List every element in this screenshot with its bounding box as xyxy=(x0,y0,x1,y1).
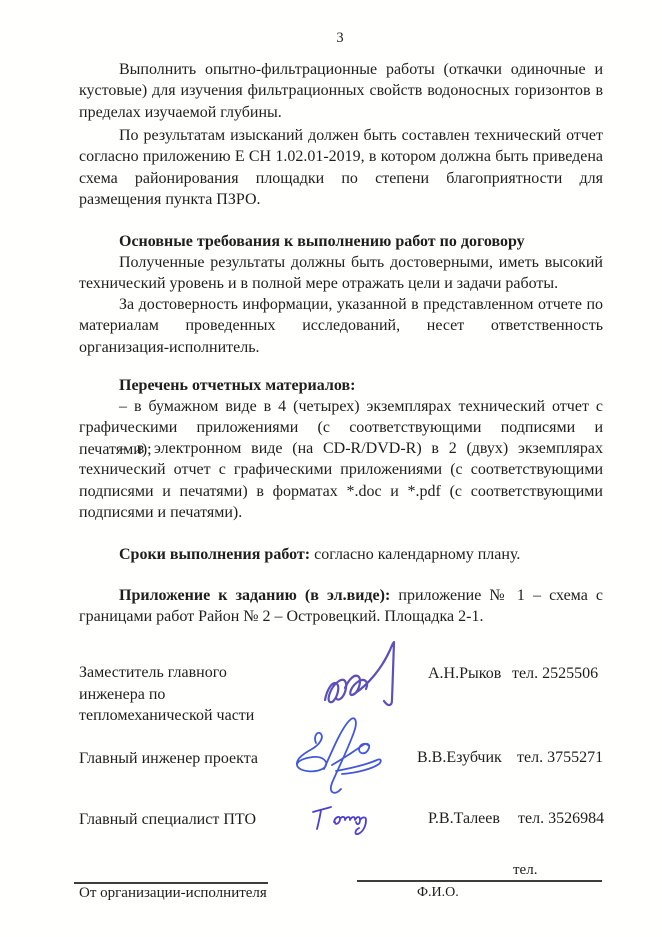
executor-signature-line xyxy=(74,882,268,884)
paragraph-results-quality: Полученные результаты должны быть достов… xyxy=(79,252,603,295)
handwritten-signature-taleev-icon xyxy=(306,801,376,839)
paragraph-technical-report: По результатам изысканий должен быть сос… xyxy=(79,125,603,210)
footer-executor-caption: От организации-исполнителя xyxy=(79,885,267,902)
position-title-deputy-chief-engineer: Заместитель главного инженера по тепломе… xyxy=(79,662,254,727)
paragraph-pumping-works: Выполнить опытно-фильтрационные работы (… xyxy=(79,59,603,123)
signee-phone-taleev: тел. 3526984 xyxy=(518,810,604,828)
attachment-line: Приложение к заданию (в эл.виде): прилож… xyxy=(79,585,603,628)
signee-name-ezubchik: В.В.Езубчик xyxy=(417,749,502,767)
footer-phone-label: тел. xyxy=(513,862,537,879)
signee-name-rykov: А.Н.Рыков xyxy=(428,665,501,683)
terms-label: Сроки выполнения работ: xyxy=(119,546,310,563)
footer-fio-caption: Ф.И.О. xyxy=(417,885,459,901)
handwritten-signature-rykov-icon xyxy=(318,634,406,718)
document-page: 3 Выполнить опытно-фильтрационные работы… xyxy=(0,0,662,937)
position-title-chief-project-engineer: Главный инженер проекта xyxy=(79,748,258,770)
page-number: 3 xyxy=(0,30,662,47)
attachment-label: Приложение к заданию (в эл.виде): xyxy=(119,587,390,604)
terms-text: согласно календарному плану. xyxy=(314,546,520,563)
position-title-chief-specialist-pto: Главный специалист ПТО xyxy=(79,809,256,831)
fio-signature-line xyxy=(357,880,602,882)
signee-phone-rykov: тел. 2525506 xyxy=(512,665,598,683)
signee-phone-ezubchik: тел. 3755271 xyxy=(517,749,603,767)
signee-name-taleev: Р.В.Талеев xyxy=(428,810,500,828)
heading-materials-list: Перечень отчетных материалов: xyxy=(79,375,603,396)
heading-requirements: Основные требования к выполнению работ п… xyxy=(79,231,603,252)
terms-line: Сроки выполнения работ: согласно календа… xyxy=(79,544,603,565)
paragraph-responsibility: За достоверность информации, указанной в… xyxy=(79,294,603,358)
list-item-electronic-copies: – в электронном виде (на CD-R/DVD-R) в 2… xyxy=(79,438,603,523)
handwritten-signature-ezubchik-icon xyxy=(292,713,390,797)
